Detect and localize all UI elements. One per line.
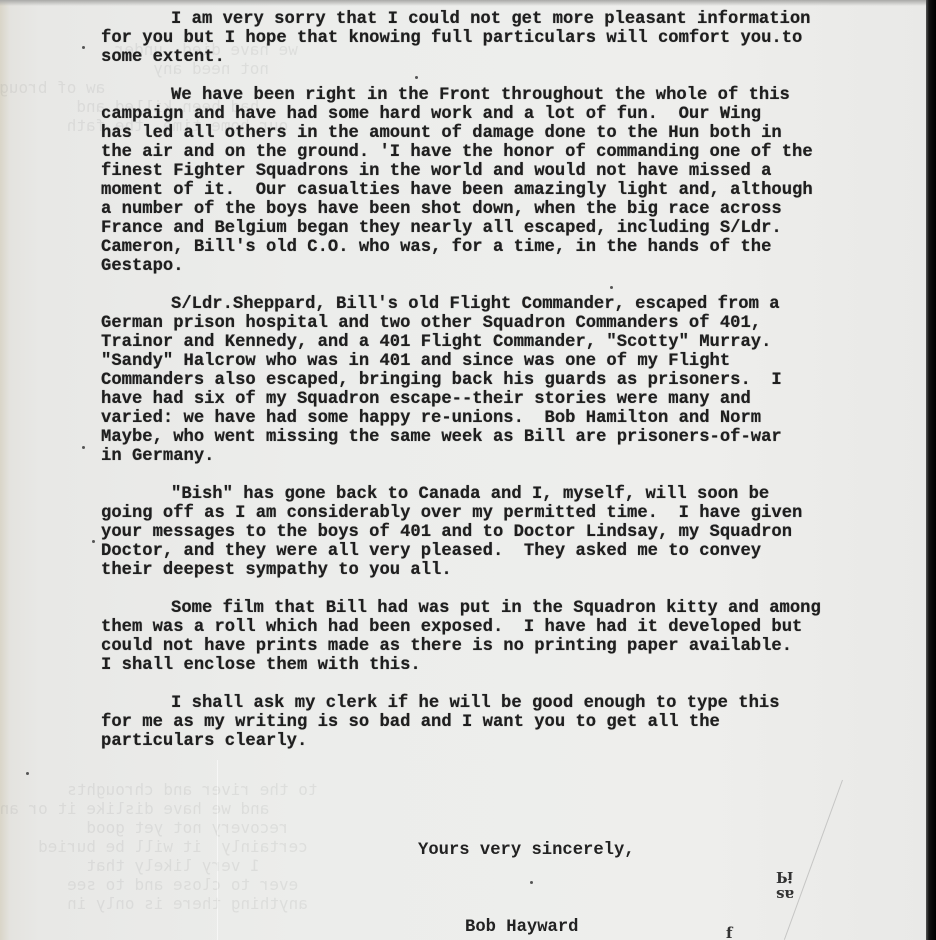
text-line: them was a roll which had been exposed. … xyxy=(101,618,901,637)
ink-speck xyxy=(415,76,418,79)
text-line: France and Belgium began they nearly all… xyxy=(101,219,901,238)
ink-speck xyxy=(610,286,613,289)
text-line: "Bish" has gone back to Canada and I, my… xyxy=(101,485,901,504)
text-line: moment of it. Our casualties have been a… xyxy=(101,181,901,200)
text-line: Trainor and Kennedy, and a 401 Flight Co… xyxy=(101,333,901,352)
text-line: Some film that Bill had was put in the S… xyxy=(101,599,901,618)
text-line: have had six of my Squadron escape--thei… xyxy=(101,390,901,409)
text-line: finest Fighter Squadrons in the world an… xyxy=(101,162,901,181)
text-line: Cameron, Bill's old C.O. who was, for a … xyxy=(101,238,901,257)
ink-speck xyxy=(92,540,95,543)
text-line: campaign and have had some hard work and… xyxy=(101,105,901,124)
text-line: I shall enclose them with this. xyxy=(101,656,901,675)
ink-speck xyxy=(82,46,85,49)
paragraph-3: S/Ldr.Sheppard, Bill's old Flight Comman… xyxy=(101,295,901,466)
bleed-through-text-bottom: to the river and chroughts and we have d… xyxy=(0,780,318,913)
text-line: "Sandy" Halcrow who was in 401 and since… xyxy=(101,352,901,371)
page-top-shadow xyxy=(0,0,926,6)
text-line: for me as my writing is so bad and I wan… xyxy=(101,713,901,732)
closing-salutation: Yours very sincerely, xyxy=(418,841,635,860)
paragraph-2: We have been right in the Front througho… xyxy=(101,86,901,276)
text-line: I am very sorry that I could not get mor… xyxy=(101,10,901,29)
bleed-mark-2: as xyxy=(776,886,794,904)
ink-speck xyxy=(82,446,85,449)
letter-page: we have died under not need any aw of br… xyxy=(0,0,926,940)
text-line: going off as I am considerably over my p… xyxy=(101,504,901,523)
page-right-edge xyxy=(926,0,936,940)
text-line: Maybe, who went missing the same week as… xyxy=(101,428,901,447)
bleed-mark-1: Pi xyxy=(776,868,793,886)
paper-crease xyxy=(784,780,843,940)
ink-speck xyxy=(26,772,29,775)
text-line: German prison hospital and two other Squ… xyxy=(101,314,901,333)
text-line: I shall ask my clerk if he will be good … xyxy=(101,694,901,713)
text-line: varied: we have had some happy re-unions… xyxy=(101,409,901,428)
signature-name: Bob Hayward xyxy=(465,918,578,937)
text-line: has led all others in the amount of dama… xyxy=(101,124,901,143)
text-line: S/Ldr.Sheppard, Bill's old Flight Comman… xyxy=(101,295,901,314)
text-line: Commanders also escaped, bringing back h… xyxy=(101,371,901,390)
paragraph-1: I am very sorry that I could not get mor… xyxy=(101,10,901,67)
text-line: We have been right in the Front througho… xyxy=(101,86,901,105)
text-line: some extent. xyxy=(101,48,901,67)
text-line: their deepest sympathy to you all. xyxy=(101,561,901,580)
ink-speck xyxy=(530,881,533,884)
paragraph-4: "Bish" has gone back to Canada and I, my… xyxy=(101,485,901,580)
paragraph-6: I shall ask my clerk if he will be good … xyxy=(101,694,901,751)
text-line: Gestapo. xyxy=(101,257,901,276)
letter-body: I am very sorry that I could not get mor… xyxy=(101,10,901,770)
text-line: a number of the boys have been shot down… xyxy=(101,200,901,219)
text-line: Doctor, and they were all very pleased. … xyxy=(101,542,901,561)
paper-fold xyxy=(217,760,218,940)
text-line: could not have prints made as there is n… xyxy=(101,637,901,656)
bleed-mark-3: f xyxy=(726,924,732,940)
text-line: particulars clearly. xyxy=(101,732,901,751)
text-line: in Germany. xyxy=(101,447,901,466)
paragraph-5: Some film that Bill had was put in the S… xyxy=(101,599,901,675)
text-line: your messages to the boys of 401 and to … xyxy=(101,523,901,542)
text-line: the air and on the ground. 'I have the h… xyxy=(101,143,901,162)
text-line: for you but I hope that knowing full par… xyxy=(101,29,901,48)
